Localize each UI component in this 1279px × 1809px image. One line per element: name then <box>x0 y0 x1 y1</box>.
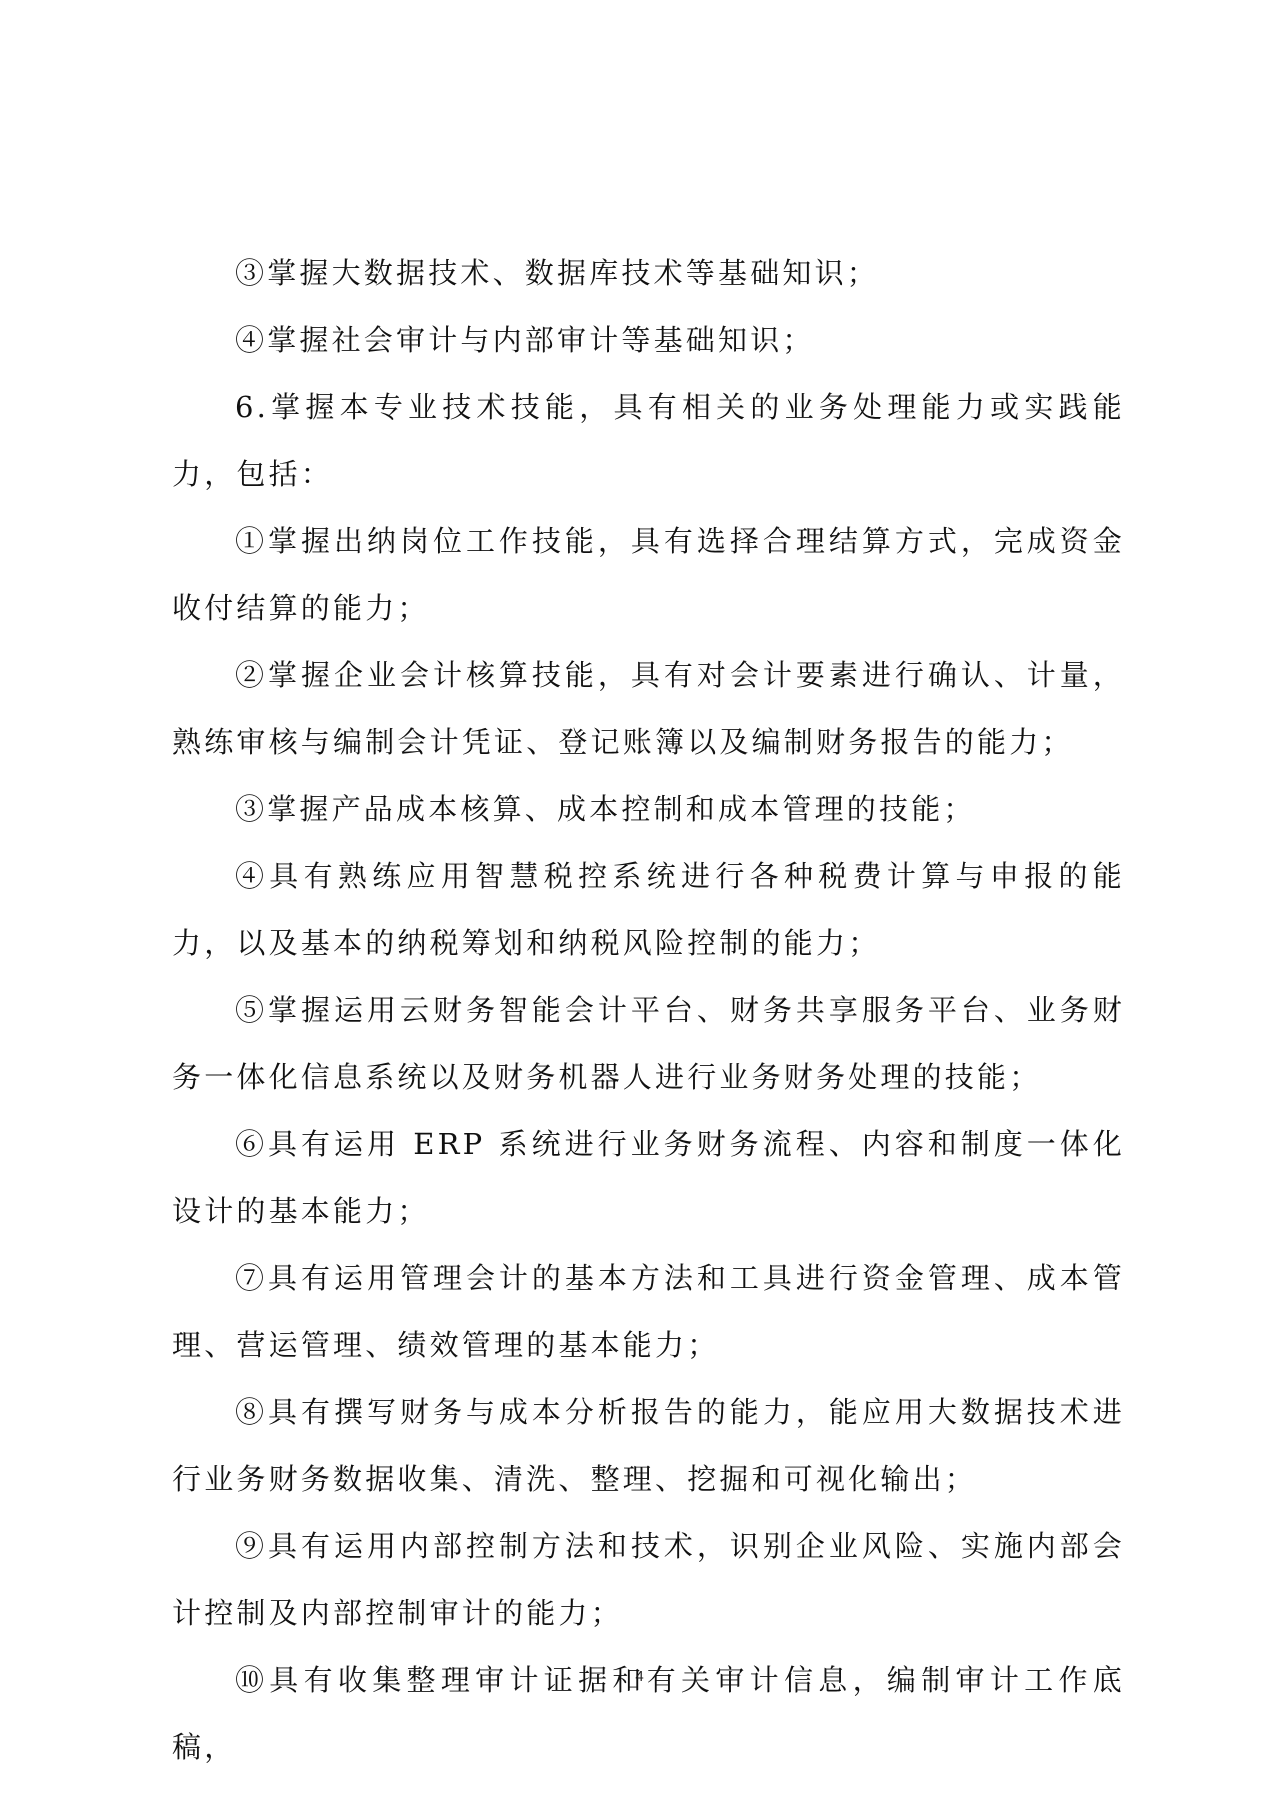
paragraph-skill-8: ⑧具有撰写财务与成本分析报告的能力，能应用大数据技术进行业务财务数据收集、清洗、… <box>172 1379 1125 1513</box>
paragraph-skill-9: ⑨具有运用内部控制方法和技术，识别企业风险、实施内部会计控制及内部控制审计的能力… <box>172 1513 1125 1647</box>
paragraph-skill-4: ④具有熟练应用智慧税控系统进行各种税费计算与申报的能力，以及基本的纳税筹划和纳税… <box>172 843 1125 977</box>
paragraph-skill-2: ②掌握企业会计核算技能，具有对会计要素进行确认、计量，熟练审核与编制会计凭证、登… <box>172 642 1125 776</box>
document-page: ③掌握大数据技术、数据库技术等基础知识； ④掌握社会审计与内部审计等基础知识； … <box>0 0 1279 1809</box>
paragraph-skill-5: ⑤掌握运用云财务智能会计平台、财务共享服务平台、业务财务一体化信息系统以及财务机… <box>172 977 1125 1111</box>
paragraph-skill-1: ①掌握出纳岗位工作技能，具有选择合理结算方式，完成资金收付结算的能力； <box>172 508 1125 642</box>
paragraph-skill-3: ③掌握产品成本核算、成本控制和成本管理的技能； <box>172 776 1125 843</box>
page-number: 4 <box>0 1668 1279 1685</box>
paragraph-knowledge-3: ③掌握大数据技术、数据库技术等基础知识； <box>172 240 1125 307</box>
paragraph-section-6-heading: 6.掌握本专业技术技能，具有相关的业务处理能力或实践能力，包括： <box>172 374 1125 508</box>
document-body: ③掌握大数据技术、数据库技术等基础知识； ④掌握社会审计与内部审计等基础知识； … <box>172 240 1125 1781</box>
paragraph-knowledge-4: ④掌握社会审计与内部审计等基础知识； <box>172 307 1125 374</box>
paragraph-skill-6: ⑥具有运用 ERP 系统进行业务财务流程、内容和制度一体化设计的基本能力； <box>172 1111 1125 1245</box>
paragraph-skill-7: ⑦具有运用管理会计的基本方法和工具进行资金管理、成本管理、营运管理、绩效管理的基… <box>172 1245 1125 1379</box>
